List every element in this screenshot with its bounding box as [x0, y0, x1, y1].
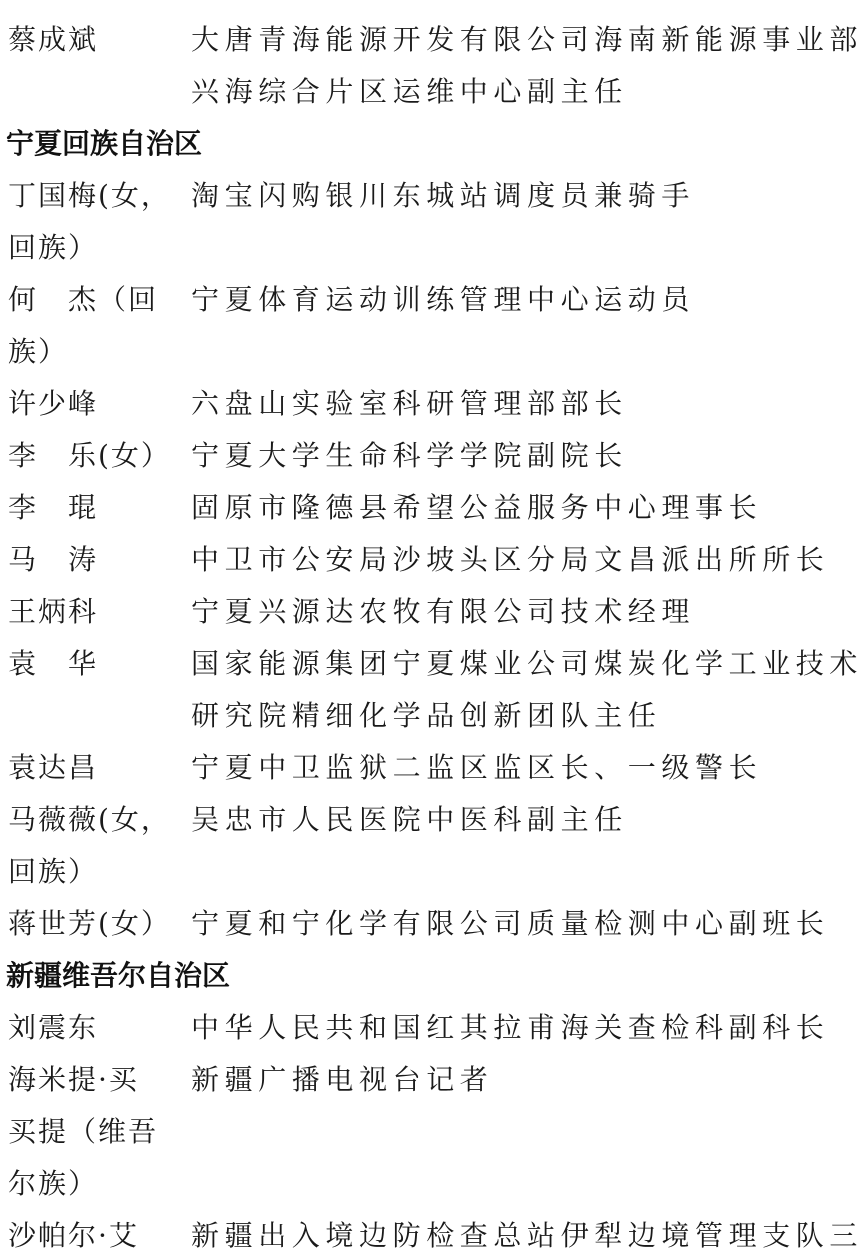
person-position: 大唐青海能源开发有限公司海南新能源事业部	[191, 14, 862, 66]
person-position: 宁夏和宁化学有限公司质量检测中心副班长	[191, 898, 829, 950]
person-name: 丁国梅(女，	[8, 170, 171, 222]
entry-line: 袁 华 国家能源集团宁夏煤业公司煤炭化学工业技术	[0, 638, 862, 690]
entry-line: 买提（维吾	[0, 1106, 862, 1158]
entry-line: 何 杰（回 宁夏体育运动训练管理中心运动员	[0, 274, 862, 326]
person-position: 国家能源集团宁夏煤业公司煤炭化学工业技术	[191, 638, 862, 690]
entry-line: 刘震东 中华人民共和国红其拉甫海关查检科副科长	[0, 1002, 862, 1054]
person-position: 宁夏中卫监狱二监区监区长、一级警长	[191, 742, 762, 794]
person-name: 许少峰	[8, 378, 98, 430]
entry-line: 丁国梅(女， 淘宝闪购银川东城站调度员兼骑手	[0, 170, 862, 222]
entry-line: 马薇薇(女， 吴忠市人民医院中医科副主任	[0, 794, 862, 846]
person-name: 回族）	[8, 846, 98, 898]
person-position: 六盘山实验室科研管理部部长	[191, 378, 628, 430]
entry-line: 回族）	[0, 846, 862, 898]
person-name: 袁 华	[8, 638, 98, 690]
person-position: 宁夏体育运动训练管理中心运动员	[191, 274, 695, 326]
person-position: 吴忠市人民医院中医科副主任	[191, 794, 628, 846]
person-name: 海米提·买	[8, 1054, 139, 1106]
section-heading-xinjiang: 新疆维吾尔自治区	[0, 950, 862, 1002]
person-position: 淘宝闪购银川东城站调度员兼骑手	[191, 170, 695, 222]
person-position: 宁夏兴源达农牧有限公司技术经理	[191, 586, 695, 638]
person-position: 新疆广播电视台记者	[191, 1054, 493, 1106]
section-heading-ningxia: 宁夏回族自治区	[0, 118, 862, 170]
person-position: 中华人民共和国红其拉甫海关查检科副科长	[191, 1002, 829, 1054]
entry-line: 海米提·买 新疆广播电视台记者	[0, 1054, 862, 1106]
person-name: 马 涛	[8, 534, 98, 586]
entry-line: 王炳科 宁夏兴源达农牧有限公司技术经理	[0, 586, 862, 638]
person-name: 李 乐(女）	[8, 430, 171, 482]
person-name: 袁达昌	[8, 742, 98, 794]
person-name: 李 琨	[8, 482, 98, 534]
entry-line: 袁达昌 宁夏中卫监狱二监区监区长、一级警长	[0, 742, 862, 794]
entry-line: 族）	[0, 326, 862, 378]
person-name: 刘震东	[8, 1002, 98, 1054]
person-name: 族）	[8, 326, 68, 378]
entry-line: 马 涛 中卫市公安局沙坡头区分局文昌派出所所长	[0, 534, 862, 586]
person-name: 买提（维吾	[8, 1106, 158, 1158]
person-name: 王炳科	[8, 586, 98, 638]
person-position: 新疆出入境边防检查总站伊犁边境管理支队三	[191, 1210, 862, 1256]
entry-line: 尔族）	[0, 1158, 862, 1210]
entry-line: 蒋世芳(女） 宁夏和宁化学有限公司质量检测中心副班长	[0, 898, 862, 950]
person-name: 沙帕尔·艾	[8, 1210, 139, 1256]
person-name: 尔族）	[8, 1158, 98, 1210]
entry-line: 李 琨 固原市隆德县希望公益服务中心理事长	[0, 482, 862, 534]
entry-line: 蔡成斌 大唐青海能源开发有限公司海南新能源事业部	[0, 14, 862, 66]
person-name: 回族）	[8, 222, 98, 274]
entry-line: 回族）	[0, 222, 862, 274]
person-name: 蔡成斌	[8, 14, 98, 66]
document-body: 蔡成斌 大唐青海能源开发有限公司海南新能源事业部 兴海综合片区运维中心副主任 宁…	[0, 14, 862, 1256]
person-name: 马薇薇(女，	[8, 794, 171, 846]
person-position: 宁夏大学生命科学学院副院长	[191, 430, 628, 482]
entry-line: 李 乐(女） 宁夏大学生命科学学院副院长	[0, 430, 862, 482]
person-position: 中卫市公安局沙坡头区分局文昌派出所所长	[191, 534, 829, 586]
entry-line: 许少峰 六盘山实验室科研管理部部长	[0, 378, 862, 430]
entry-line: 沙帕尔·艾 新疆出入境边防检查总站伊犁边境管理支队三	[0, 1210, 862, 1256]
person-position: 固原市隆德县希望公益服务中心理事长	[191, 482, 762, 534]
person-name: 蒋世芳(女）	[8, 898, 171, 950]
person-position: 研究院精细化学品创新团队主任	[191, 690, 661, 742]
entry-line: 研究院精细化学品创新团队主任	[0, 690, 862, 742]
person-position: 兴海综合片区运维中心副主任	[191, 66, 628, 118]
entry-line: 兴海综合片区运维中心副主任	[0, 66, 862, 118]
person-name: 何 杰（回	[8, 274, 158, 326]
